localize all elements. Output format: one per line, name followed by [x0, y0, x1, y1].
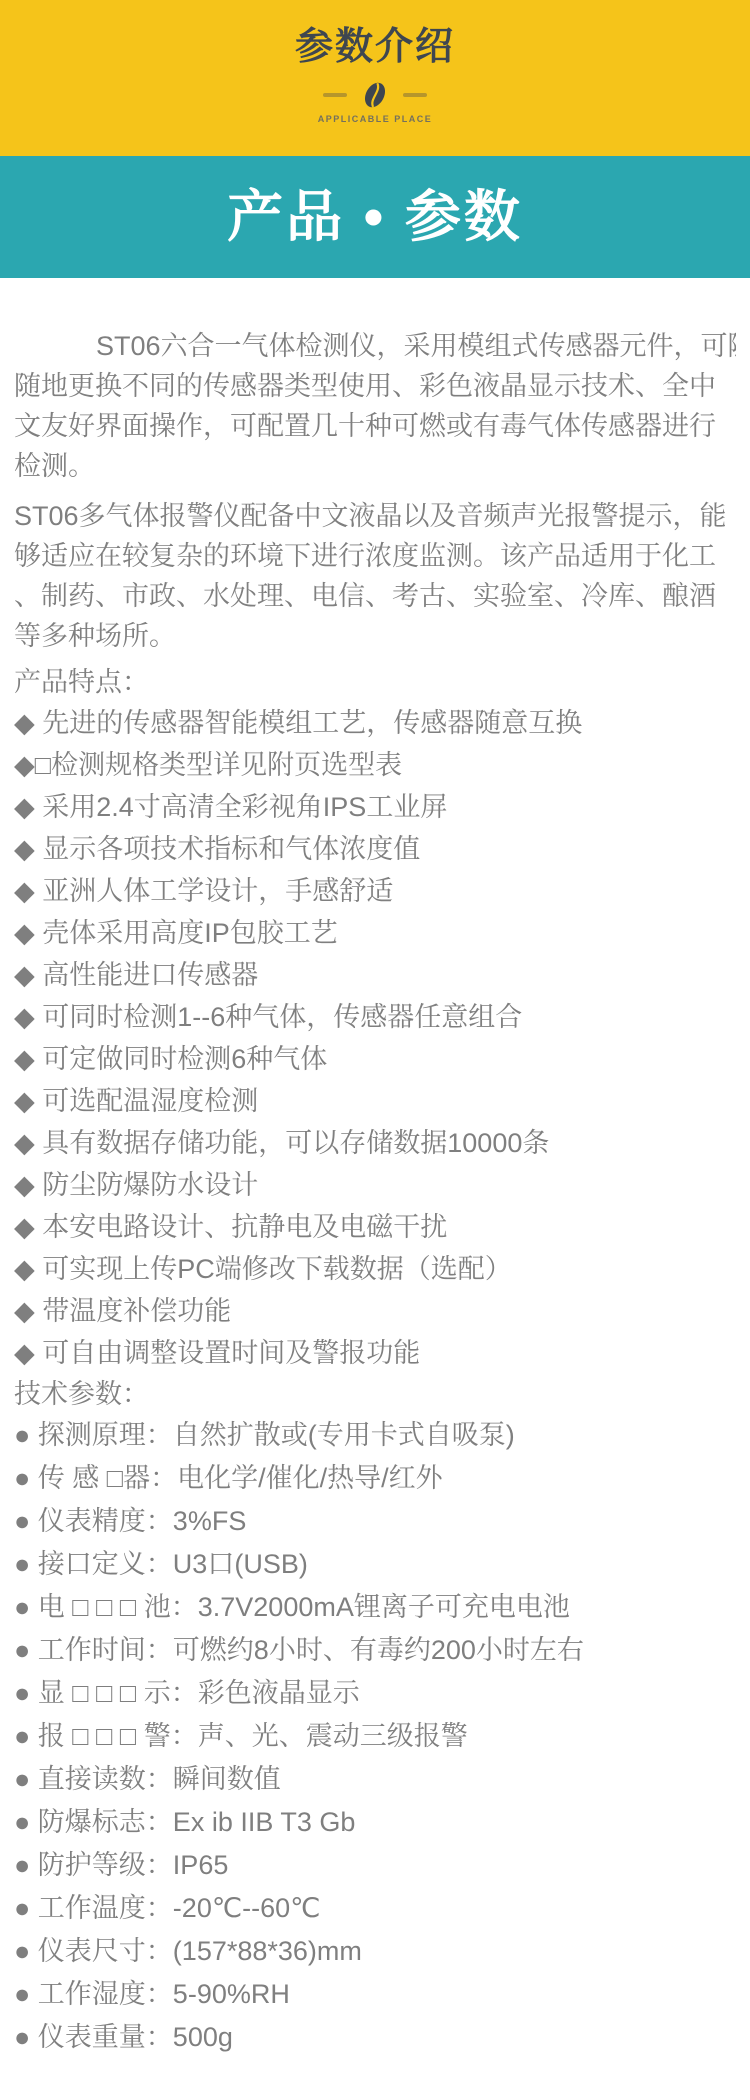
- param-item: ● 工作温度：-20℃--60℃: [14, 1887, 736, 1930]
- param-item: ● 探测原理：自然扩散或(专用卡式自吸泵): [14, 1414, 736, 1457]
- section-banner: 产品 • 参数: [0, 156, 750, 278]
- params-list: ● 探测原理：自然扩散或(专用卡式自吸泵)● 传 感 □器：电化学/催化/热导/…: [14, 1414, 736, 2059]
- param-item: ● 仪表精度：3%FS: [14, 1500, 736, 1543]
- paragraph-line: ST06多气体报警仪配备中文液晶以及音频声光报警提示，能: [14, 496, 736, 536]
- param-item: ● 接口定义：U3口(USB): [14, 1543, 736, 1586]
- feature-item: ◆ 显示各项技术指标和气体浓度值: [14, 828, 736, 870]
- coffee-bean-icon: [360, 80, 390, 110]
- feature-item: ◆ 具有数据存储功能，可以存储数据10000条: [14, 1122, 736, 1164]
- intro-paragraph-2: ST06多气体报警仪配备中文液晶以及音频声光报警提示，能够适应在较复杂的环境下进…: [14, 496, 736, 656]
- param-item: ● 工作时间：可燃约8小时、有毒约200小时左右: [14, 1629, 736, 1672]
- paragraph-line: 够适应在较复杂的环境下进行浓度监测。该产品适用于化工: [14, 536, 736, 576]
- param-item: ● 直接读数：瞬间数值: [14, 1758, 736, 1801]
- feature-item: ◆ 壳体采用高度IP包胶工艺: [14, 912, 736, 954]
- paragraph-line: 文友好界面操作，可配置几十种可燃或有毒气体传感器进行: [14, 406, 736, 446]
- feature-item: ◆ 可实现上传PC端修改下载数据（选配）: [14, 1248, 736, 1290]
- feature-item: ◆ 可选配温湿度检测: [14, 1080, 736, 1122]
- features-heading: 产品特点：: [14, 662, 736, 702]
- feature-item: ◆ 可同时检测1--6种气体，传感器任意组合: [14, 996, 736, 1038]
- feature-item: ◆ 防尘防爆防水设计: [14, 1164, 736, 1206]
- feature-item: ◆ 本安电路设计、抗静电及电磁干扰: [14, 1206, 736, 1248]
- param-item: ● 工作湿度：5-90%RH: [14, 1973, 736, 2016]
- param-item: ● 防护等级：IP65: [14, 1844, 736, 1887]
- feature-item: ◆ 高性能进口传感器: [14, 954, 736, 996]
- paragraph-line: 随地更换不同的传感器类型使用、彩色液晶显示技术、全中: [14, 366, 736, 406]
- title-divider: [323, 80, 427, 110]
- feature-item: ◆ 采用2.4寸高清全彩视角IPS工业屏: [14, 786, 736, 828]
- param-item: ● 防爆标志：Ex ib IIB T3 Gb: [14, 1801, 736, 1844]
- feature-item: ◆ 带温度补偿功能: [14, 1290, 736, 1332]
- header-subtitle: APPLICABLE PLACE: [318, 114, 433, 124]
- feature-item: ◆□检测规格类型详见附页选型表: [14, 744, 736, 786]
- params-heading: 技术参数：: [14, 1374, 736, 1414]
- header-banner: 参数介绍 APPLICABLE PLACE: [0, 0, 750, 156]
- param-item: ● 报 □ □ □ 警：声、光、震动三级报警: [14, 1715, 736, 1758]
- feature-item: ◆ 可定做同时检测6种气体: [14, 1038, 736, 1080]
- feature-item: ◆ 先进的传感器智能模组工艺，传感器随意互换: [14, 702, 736, 744]
- intro-paragraph-1: ST06六合一气体检测仪，采用模组式传感器元件，可随时随地更换不同的传感器类型使…: [14, 326, 736, 486]
- feature-item: ◆ 可自由调整设置时间及警报功能: [14, 1332, 736, 1374]
- page-title: 参数介绍: [295, 28, 455, 66]
- features-list: ◆ 先进的传感器智能模组工艺，传感器随意互换◆□检测规格类型详见附页选型表◆ 采…: [14, 702, 736, 1374]
- paragraph-line: ST06六合一气体检测仪，采用模组式传感器元件，可随时: [14, 326, 736, 366]
- paragraph-line: 检测。: [14, 446, 736, 486]
- param-item: ● 传 感 □器：电化学/催化/热导/红外: [14, 1457, 736, 1500]
- product-description: ST06六合一气体检测仪，采用模组式传感器元件，可随时随地更换不同的传感器类型使…: [0, 278, 750, 2059]
- paragraph-line: 、制药、市政、水处理、电信、考古、实验室、冷库、酿酒: [14, 576, 736, 616]
- section-banner-title: 产品 • 参数: [227, 189, 523, 245]
- param-item: ● 仪表重量：500g: [14, 2016, 736, 2059]
- param-item: ● 显 □ □ □ 示：彩色液晶显示: [14, 1672, 736, 1715]
- param-item: ● 仪表尺寸：(157*88*36)mm: [14, 1930, 736, 1973]
- feature-item: ◆ 亚洲人体工学设计，手感舒适: [14, 870, 736, 912]
- paragraph-line: 等多种场所。: [14, 616, 736, 656]
- divider-dash-right: [403, 93, 427, 97]
- divider-dash-left: [323, 93, 347, 97]
- param-item: ● 电 □ □ □ 池：3.7V2000mA锂离子可充电电池: [14, 1586, 736, 1629]
